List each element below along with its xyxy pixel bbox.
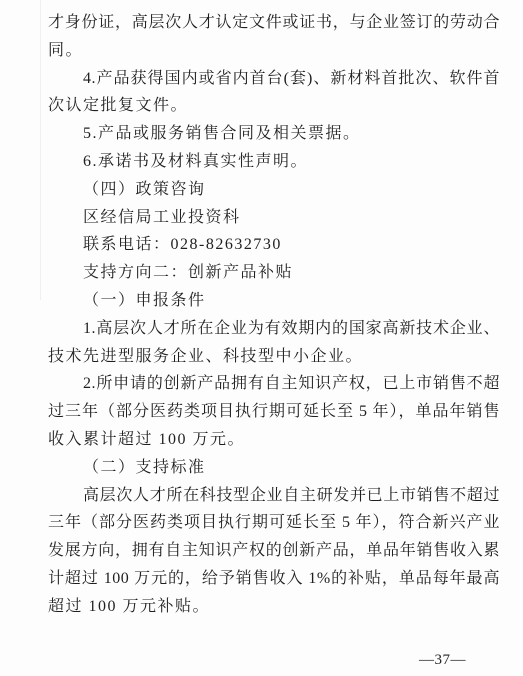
text-line: （二）支持标准: [48, 454, 500, 482]
scan-edge-line: [40, 0, 41, 300]
text-line: （一）申报条件: [48, 287, 500, 315]
text-line: 4.产品获得国内或省内首台(套)、新材料首批次、软件首版: [48, 65, 500, 93]
text-line: 收入累计超过 100 万元。: [48, 426, 500, 454]
text-line: 6.承诺书及材料真实性声明。: [48, 148, 500, 176]
text-line: 同。: [48, 37, 500, 65]
text-line: 技术先进型服务企业、科技型中小企业。: [48, 343, 500, 371]
page-number: —37—: [419, 650, 466, 670]
text-line: 支持方向二：创新产品补贴: [48, 259, 500, 287]
text-line: 计超过 100 万元的，给予销售收入 1%的补贴，单品每年最高不: [48, 565, 500, 593]
text-line: 才身份证，高层次人才认定文件或证书，与企业签订的劳动合: [48, 9, 500, 37]
text-line: 1.高层次人才所在企业为有效期内的国家高新技术企业、: [48, 315, 500, 343]
document-page: 才身份证，高层次人才认定文件或证书，与企业签订的劳动合同。4.产品获得国内或省内…: [0, 0, 523, 676]
text-line: 联系电话：028-82632730: [48, 231, 500, 259]
text-line: 过三年（部分医药类项目执行期可延长至 5 年），单品年销售: [48, 398, 500, 426]
text-line: 发展方向，拥有自主知识产权的创新产品，单品年销售收入累: [48, 537, 500, 565]
text-line: 5.产品或服务销售合同及相关票据。: [48, 120, 500, 148]
text-block: 才身份证，高层次人才认定文件或证书，与企业签订的劳动合同。4.产品获得国内或省内…: [48, 9, 500, 621]
text-line: 超过 100 万元补贴。: [48, 593, 500, 621]
text-line: 区经信局工业投资科: [48, 204, 500, 232]
text-line: 次认定批复文件。: [48, 92, 500, 120]
text-line: 三年（部分医药类项目执行期可延长至 5 年），符合新兴产业: [48, 509, 500, 537]
text-line: 2.所申请的创新产品拥有自主知识产权，已上市销售不超: [48, 370, 500, 398]
text-line: （四）政策咨询: [48, 176, 500, 204]
text-line: 高层次人才所在科技型企业自主研发并已上市销售不超过: [48, 482, 500, 510]
